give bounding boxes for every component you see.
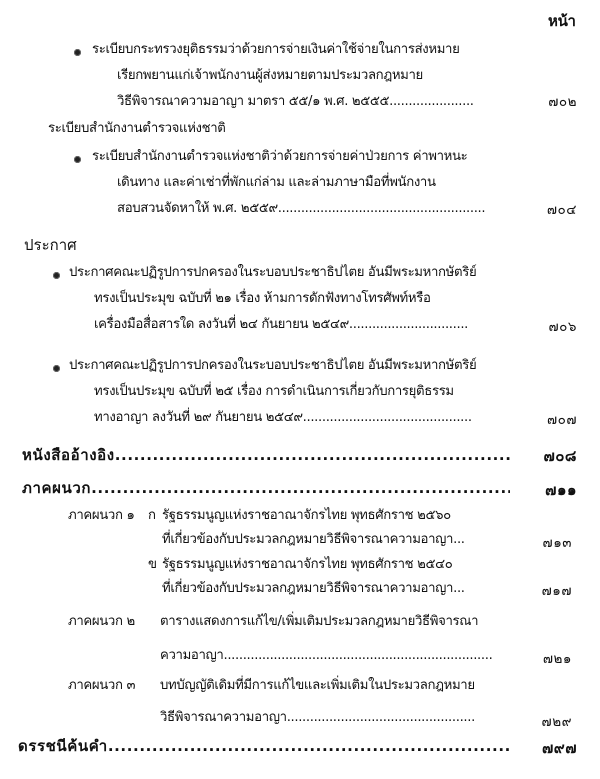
bullet-icon	[74, 156, 81, 163]
page-number: ๗๐๔	[527, 200, 577, 220]
entry-line: สอบสวนจัดหาให้ พ.ศ. ๒๕๕๙................…	[117, 199, 485, 219]
entry-line: วิธีพิจารณาความอาญา มาตรา ๕๕/๑ พ.ศ. ๒๕๕๕…	[117, 92, 474, 112]
entry-label: หนังสืออ้างอิง..........................…	[22, 444, 510, 466]
page-number: ๗๐๗	[527, 410, 577, 430]
entry-line: ที่เกี่ยวข้องกับประมวลกฎหมายวิธีพิจารณาค…	[162, 530, 465, 550]
entry-line: รัฐธรรมนูญแห่งราชอาณาจักรไทย พุทธศักราช …	[162, 506, 451, 526]
entry-line: ระเบียบสำนักงานตำรวจแห่งชาติว่าด้วยการจ่…	[92, 147, 467, 167]
section-heading-police: ระเบียบสำนักงานตำรวจแห่งชาติ	[48, 119, 226, 139]
entry-line: เดินทาง และค่าเช่าที่พักแก่ล่าม และล่ามภ…	[117, 173, 436, 193]
page-number: ๗๒๙	[522, 712, 572, 732]
bullet-icon	[53, 365, 60, 372]
entry-line: ตารางแสดงการแก้ไข/เพิ่มเติมประมวลกฎหมายว…	[160, 612, 478, 632]
entry-line: วิธีพิจารณาความอาญา.....................…	[160, 708, 475, 728]
entry-label: ภาคผนวก.................................…	[22, 477, 510, 499]
page-column-label: หน้า	[548, 10, 576, 32]
entry-line: ทรงเป็นประมุข ฉบับที่ ๒๑ เรื่อง ห้ามการด…	[94, 289, 431, 309]
page-number: ๗๑๗	[522, 581, 572, 601]
bullet-icon	[74, 49, 81, 56]
page-number: ๗๑๑	[522, 479, 577, 501]
item-marker: ก	[148, 506, 156, 526]
appendix-3-label: ภาคผนวก ๓	[68, 676, 135, 696]
entry-line: ความอาญา................................…	[160, 646, 492, 666]
appendix-1-label: ภาคผนวก ๑	[68, 506, 134, 526]
entry-line: ทางอาญา ลงวันที่ ๒๙ กันยายน ๒๕๔๙........…	[94, 408, 472, 428]
item-marker: ข	[148, 555, 157, 575]
entry-line: บทบัญญัติเดิมที่มีการแก้ไขและเพิ่มเติมใน…	[160, 676, 475, 696]
entry-line: ทรงเป็นประมุข ฉบับที่ ๒๕ เรื่อง การดำเนิ…	[94, 382, 454, 402]
entry-label: ดรรชนีค้นคำ.............................…	[18, 735, 510, 757]
section-heading-announcement: ประกาศ	[24, 234, 77, 256]
page-number: ๗๒๑	[522, 649, 572, 669]
page-number: ๗๐๖	[527, 317, 577, 337]
page-number: ๗๑๓	[522, 533, 572, 553]
page-number: ๗๙๗	[522, 737, 577, 759]
entry-line: ระเบียบกระทรวงยุติธรรมว่าด้วยการจ่ายเงิน…	[92, 40, 459, 60]
appendix-2-label: ภาคผนวก ๒	[68, 612, 135, 632]
entry-line: รัฐธรรมนูญแห่งราชอาณาจักรไทย พุทธศักราช …	[162, 555, 452, 575]
entry-line: เครื่องมือสื่อสารใด ลงวันที่ ๒๔ กันยายน …	[94, 315, 468, 335]
page-number: ๗๐๘	[522, 445, 577, 467]
entry-line: ประกาศคณะปฏิรูปการปกครองในระบอบประชาธิปไ…	[69, 356, 476, 376]
entry-line: เรียกพยานแก่เจ้าพนักงานผู้ส่งหมายตามประม…	[117, 66, 423, 86]
bullet-icon	[53, 272, 60, 279]
entry-line: ที่เกี่ยวข้องกับประมวลกฎหมายวิธีพิจารณาค…	[162, 579, 465, 599]
entry-line: ประกาศคณะปฏิรูปการปกครองในระบอบประชาธิปไ…	[69, 263, 476, 283]
page-number: ๗๐๒	[527, 92, 577, 112]
